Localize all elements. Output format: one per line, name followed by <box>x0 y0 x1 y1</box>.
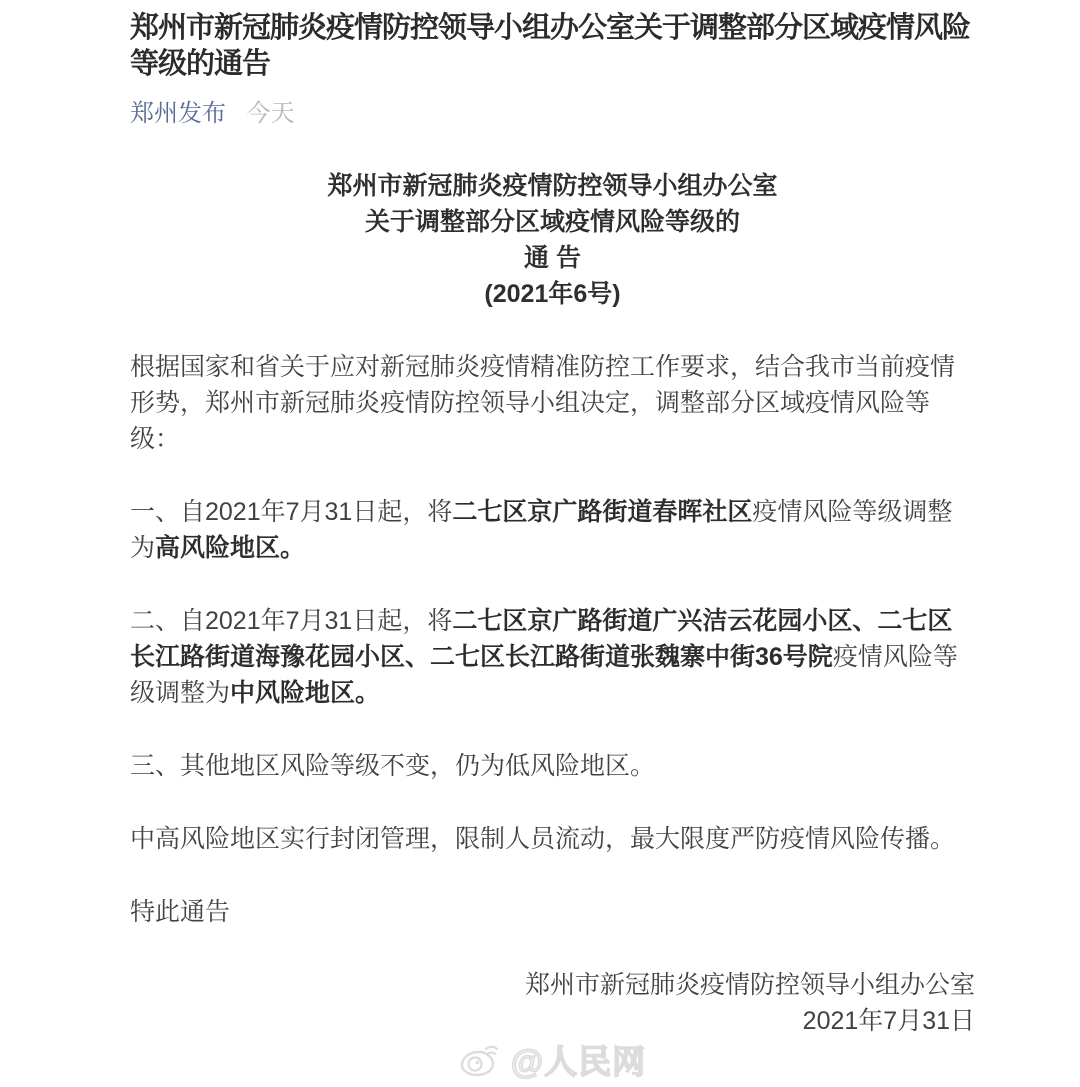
notice-heading-line: 通 告 <box>130 240 975 276</box>
article-page: 郑州市新冠肺炎疫情防控领导小组办公室关于调整部分区域疫情风险等级的通告 郑州发布… <box>0 0 1080 1087</box>
text-segment: 特此通告 <box>130 898 230 926</box>
signature-line: 2021年7月31日 <box>130 1003 975 1039</box>
watermark-text: @人民网 <box>511 1036 646 1083</box>
weibo-icon <box>459 1041 503 1077</box>
paragraph: 一、自2021年7月31日起，将二七区京广路街道春晖社区疫情风险等级调整为高风险… <box>130 494 975 566</box>
text-segment: 二、自2021年7月31日起，将 <box>130 607 452 635</box>
paragraph: 二、自2021年7月31日起，将二七区京广路街道广兴洁云花园小区、二七区长江路街… <box>130 603 975 711</box>
signature-block: 郑州市新冠肺炎疫情防控领导小组办公室2021年7月31日 <box>130 967 975 1039</box>
signature-line: 郑州市新冠肺炎疫情防控领导小组办公室 <box>130 967 975 1003</box>
notice-heading: 郑州市新冠肺炎疫情防控领导小组办公室关于调整部分区域疫情风险等级的通 告(202… <box>130 168 975 312</box>
source-account-link[interactable]: 郑州发布 <box>130 100 226 127</box>
publish-time: 今天 <box>247 100 295 127</box>
text-segment-bold: 二七区京广路街道春晖社区 <box>452 498 752 526</box>
article-title: 郑州市新冠肺炎疫情防控领导小组办公室关于调整部分区域疫情风险等级的通告 <box>130 10 975 82</box>
text-segment: 三、其他地区风险等级不变，仍为低风险地区。 <box>130 752 655 780</box>
source-row: 郑州发布 今天 <box>130 96 975 132</box>
text-segment: 一、自2021年7月31日起，将 <box>130 498 452 526</box>
paragraph: 三、其他地区风险等级不变，仍为低风险地区。 <box>130 748 975 784</box>
paragraph: 根据国家和省关于应对新冠肺炎疫情精准防控工作要求，结合我市当前疫情形势，郑州市新… <box>130 349 975 457</box>
watermark: @人民网 <box>130 1041 975 1077</box>
notice-heading-line: 郑州市新冠肺炎疫情防控领导小组办公室 <box>130 168 975 204</box>
text-segment: 中高风险地区实行封闭管理，限制人员流动，最大限度严防疫情风险传播。 <box>130 825 955 853</box>
notice-body: 根据国家和省关于应对新冠肺炎疫情精准防控工作要求，结合我市当前疫情形势，郑州市新… <box>130 349 975 930</box>
text-segment-bold: 高风险地区。 <box>155 534 305 562</box>
paragraph: 特此通告 <box>130 894 975 930</box>
notice-heading-line: 关于调整部分区域疫情风险等级的 <box>130 204 975 240</box>
text-segment-bold: 中风险地区。 <box>230 679 380 707</box>
paragraph: 中高风险地区实行封闭管理，限制人员流动，最大限度严防疫情风险传播。 <box>130 821 975 857</box>
notice-heading-line: (2021年6号) <box>130 276 975 312</box>
text-segment: 根据国家和省关于应对新冠肺炎疫情精准防控工作要求，结合我市当前疫情形势，郑州市新… <box>130 353 955 453</box>
